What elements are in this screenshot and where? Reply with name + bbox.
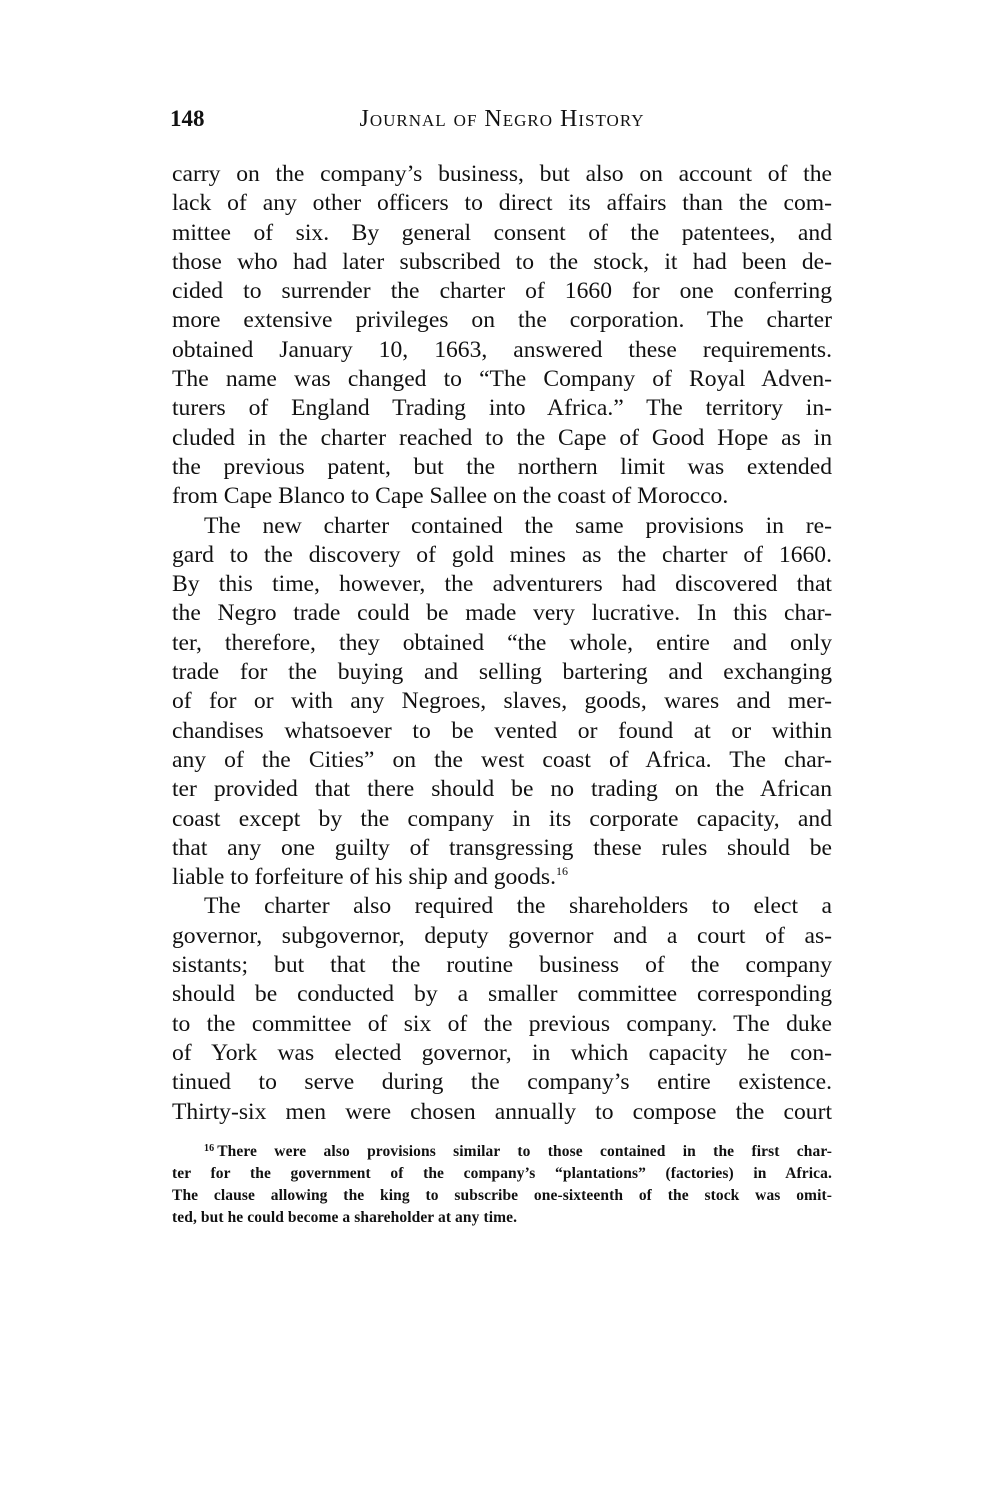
text-line: of York was elected governor, in which c…: [172, 1039, 832, 1068]
body-text: carry on the company’s business, but als…: [172, 160, 832, 1127]
running-head: 148 Journal of Negro History: [172, 106, 832, 138]
footnote-line: 16There were also provisions similar to …: [172, 1141, 832, 1163]
footnote-line: ted, but he could become a shareholder a…: [172, 1207, 832, 1229]
text-line: turers of England Trading into Africa.” …: [172, 394, 832, 423]
text-line: lack of any other officers to direct its…: [172, 189, 832, 218]
text-line: cided to surrender the charter of 1660 f…: [172, 277, 832, 306]
text-line: sistants; but that the routine business …: [172, 951, 832, 980]
text-line: more extensive privileges on the corpora…: [172, 306, 832, 335]
text-line: ter provided that there should be no tra…: [172, 775, 832, 804]
footnote-line: ter for the government of the company’s …: [172, 1163, 832, 1185]
text-line: of for or with any Negroes, slaves, good…: [172, 687, 832, 716]
text-line: should be conducted by a smaller committ…: [172, 980, 832, 1009]
text-line: governor, subgovernor, deputy governor a…: [172, 922, 832, 951]
text-line: mittee of six. By general consent of the…: [172, 219, 832, 248]
text-line: Thirty-six men were chosen annually to c…: [172, 1098, 832, 1127]
text-line: those who had later subscribed to the st…: [172, 248, 832, 277]
journal-title: Journal of Negro History: [172, 106, 832, 133]
footnote-line: The clause allowing the king to subscrib…: [172, 1185, 832, 1207]
text-line: gard to the discovery of gold mines as t…: [172, 541, 832, 570]
text-line: By this time, however, the adventurers h…: [172, 570, 832, 599]
paragraph-start-line: The charter also required the shareholde…: [172, 892, 832, 921]
text-line: from Cape Blanco to Cape Sallee on the c…: [172, 482, 832, 511]
text-line: to the committee of six of the previous …: [172, 1010, 832, 1039]
text-line: coast except by the company in its corpo…: [172, 805, 832, 834]
paragraph-start-line: The new charter contained the same provi…: [172, 512, 832, 541]
text-line: trade for the buying and selling barteri…: [172, 658, 832, 687]
text-line: any of the Cities” on the west coast of …: [172, 746, 832, 775]
text-line: obtained January 10, 1663, answered thes…: [172, 336, 832, 365]
text-line: chandises whatsoever to be vented or fou…: [172, 717, 832, 746]
text-line-with-footnote: liable to forfeiture of his ship and goo…: [172, 863, 832, 892]
text-line: tinued to serve during the company’s ent…: [172, 1068, 832, 1097]
text-line: cluded in the charter reached to the Cap…: [172, 424, 832, 453]
text-segment: liable to forfeiture of his ship and goo…: [172, 864, 556, 890]
text-line: ter, therefore, they obtained “the whole…: [172, 629, 832, 658]
footnotes: 16There were also provisions similar to …: [172, 1141, 832, 1229]
text-line: The name was changed to “The Company of …: [172, 365, 832, 394]
text-line: that any one guilty of transgressing the…: [172, 834, 832, 863]
text-line: the previous patent, but the northern li…: [172, 453, 832, 482]
text-line: carry on the company’s business, but als…: [172, 160, 832, 189]
footnote-text: There were also provisions similar to th…: [217, 1143, 832, 1160]
footnote-marker: 16: [204, 1143, 214, 1154]
footnote-reference[interactable]: 16: [556, 864, 568, 878]
text-line: the Negro trade could be made very lucra…: [172, 599, 832, 628]
